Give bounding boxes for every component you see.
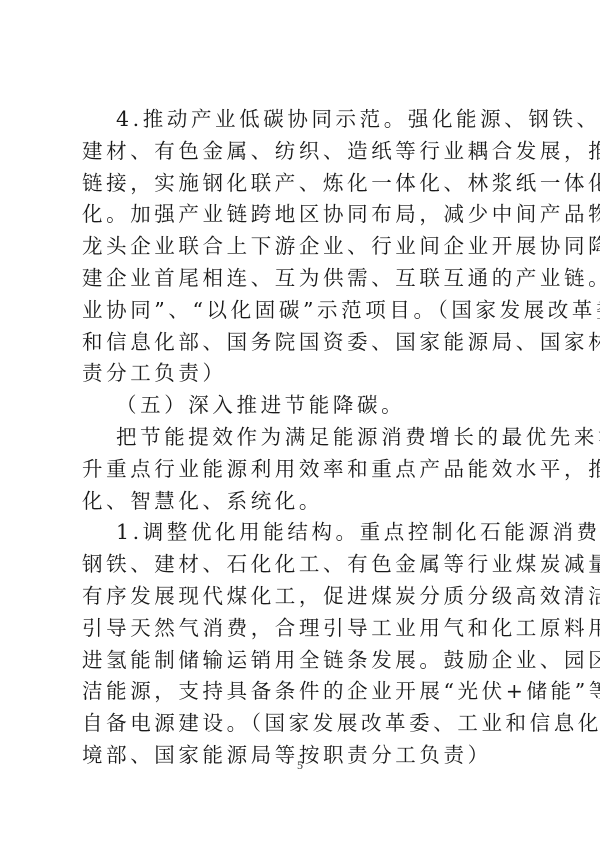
section-5-heading: （五）深入推进节能降碳。 [82, 390, 522, 422]
text-line: 业协同”、“以化固碳”示范项目。（国家发展改革委、工业 [82, 295, 522, 327]
text-line: 有序发展现代煤化工，促进煤炭分质分级高效清洁利用。有序 [82, 581, 522, 613]
text-line: 化、智慧化、系统化。 [82, 486, 522, 518]
text-line: 升重点行业能源利用效率和重点产品能效水平，推进用能低碳 [82, 454, 522, 486]
text-line: 建企业首尾相连、互为供需、互联互通的产业链。建设一批“产 [82, 263, 522, 295]
text-line: 引导天然气消费，合理引导工业用气和化工原料用气增长。推 [82, 613, 522, 645]
text-line: 和信息化部、国务院国资委、国家能源局、国家林草局等按职 [82, 327, 522, 359]
text-line: 自备电源建设。（国家发展改革委、工业和信息化部、生态环 [82, 708, 522, 740]
paragraph-1-heading-line: 1.调整优化用能结构。重点控制化石能源消费，有序推进 [82, 517, 522, 549]
text-line: 建材、有色金属、纺织、造纸等行业耦合发展，推动产业循环 [82, 136, 522, 168]
text-line: 龙头企业联合上下游企业、行业间企业开展协同降碳行动，构 [82, 231, 522, 263]
text-line: 洁能源，支持具备条件的企业开展“光伏+储能”等自备电厂、 [82, 676, 522, 708]
text-line: 钢铁、建材、石化化工、有色金属等行业煤炭减量替代，稳妥 [82, 549, 522, 581]
text-line: 进氢能制储输运销用全链条发展。鼓励企业、园区就近利用清 [82, 645, 522, 677]
text-line: 化。加强产业链跨地区协同布局，减少中间产品物流量。鼓励 [82, 199, 522, 231]
document-body: 4.推动产业低碳协同示范。强化能源、钢铁、石化化工、 建材、有色金属、纺织、造纸… [82, 104, 522, 772]
section-5-intro-line: 把节能提效作为满足能源消费增长的最优先来源，大幅提 [82, 422, 522, 454]
text-line: 责分工负责） [82, 358, 522, 390]
paragraph-4-heading-line: 4.推动产业低碳协同示范。强化能源、钢铁、石化化工、 [82, 104, 522, 136]
text-line: 链接，实施钢化联产、炼化一体化、林浆纸一体化、林板一体 [82, 168, 522, 200]
page-number: 5 [0, 758, 600, 773]
